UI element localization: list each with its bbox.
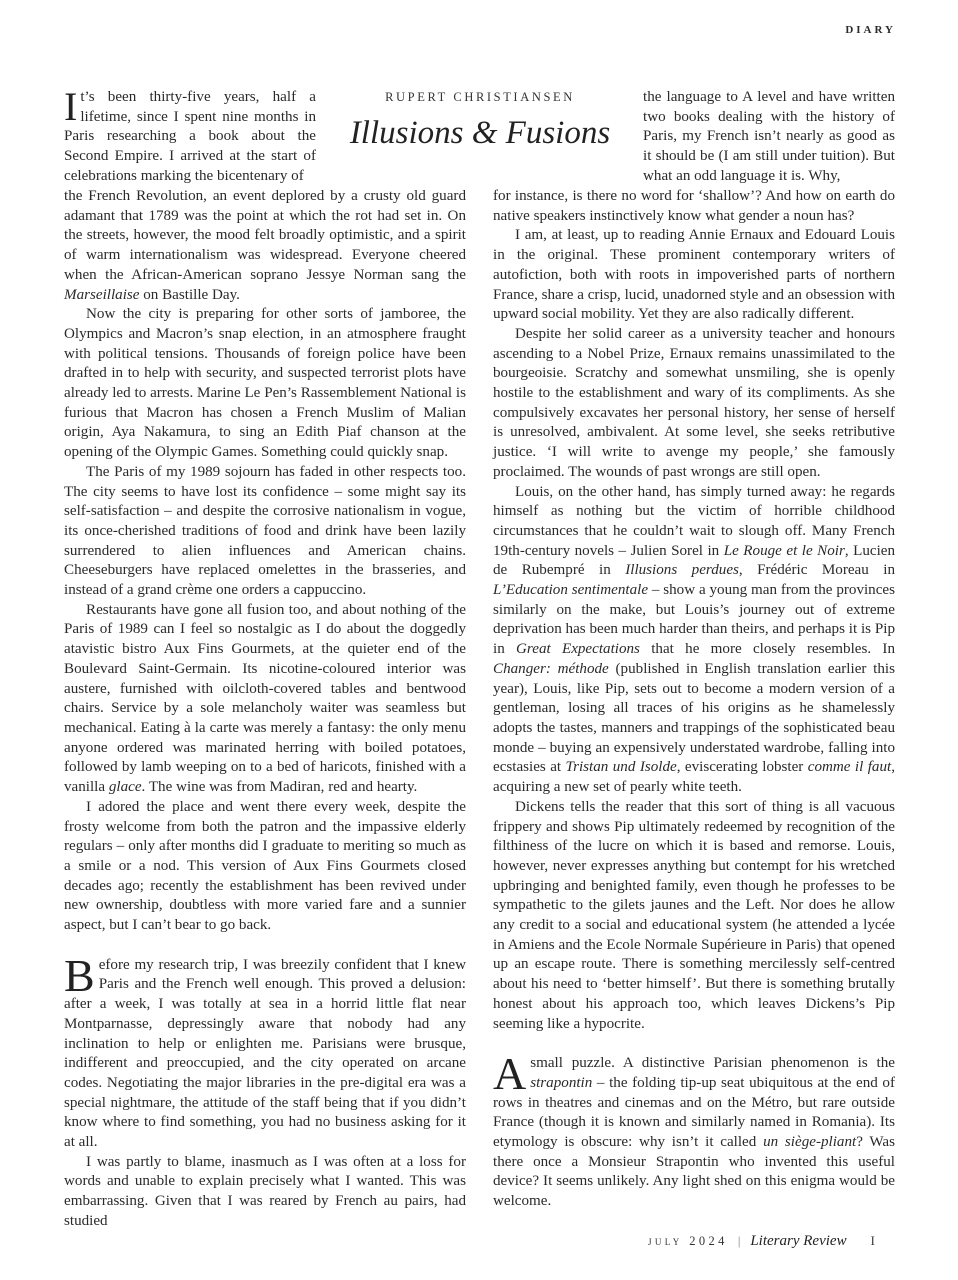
footer-separator: |	[738, 1234, 741, 1249]
paragraph: I was partly to blame, inasmuch as I was…	[64, 1153, 466, 1232]
paragraph: for instance, is there no word for ‘shal…	[493, 187, 895, 226]
intro-left-column: It’s been thirty-five years, half a life…	[64, 88, 316, 187]
issue-date: JULY 2024	[648, 1234, 728, 1249]
section-label: DIARY	[845, 24, 896, 36]
intro-paragraph: It’s been thirty-five years, half a life…	[64, 88, 316, 187]
paragraph: The Paris of my 1989 sojourn has faded i…	[64, 463, 466, 601]
page-number: I	[871, 1234, 875, 1249]
page-footer: JULY 2024 | Literary Review I	[648, 1233, 875, 1250]
paragraph: Restaurants have gone all fusion too, an…	[64, 601, 466, 798]
author-byline: RUPERT CHRISTIANSEN	[330, 90, 630, 105]
paragraph: I am, at least, up to reading Annie Erna…	[493, 226, 895, 325]
right-intro-paragraph: the language to A level and have written…	[643, 88, 895, 187]
dropcap-a: A	[493, 1056, 526, 1092]
article-header: RUPERT CHRISTIANSEN Illusions & Fusions	[330, 88, 630, 153]
paragraph: the French Revolution, an event deplored…	[64, 187, 466, 305]
paragraph: Despite her solid career as a university…	[493, 325, 895, 483]
paragraph: I adored the place and went there every …	[64, 798, 466, 936]
intro-right-column: the language to A level and have written…	[643, 88, 895, 187]
magazine-name: Literary Review	[750, 1233, 846, 1250]
dropcap-b: B	[64, 958, 95, 994]
paragraph: Louis, on the other hand, has simply tur…	[493, 483, 895, 798]
paragraph: Now the city is preparing for other sort…	[64, 305, 466, 463]
paragraph: A small puzzle. A distinctive Parisian p…	[493, 1054, 895, 1212]
paragraph: Dickens tells the reader that this sort …	[493, 798, 895, 1034]
left-column: the French Revolution, an event deplored…	[64, 187, 466, 1232]
article-title: Illusions & Fusions	[330, 113, 630, 153]
right-column: for instance, is there no word for ‘shal…	[493, 187, 895, 1212]
paragraph: Before my research trip, I was breezily …	[64, 956, 466, 1153]
dropcap-i: I	[64, 91, 77, 123]
